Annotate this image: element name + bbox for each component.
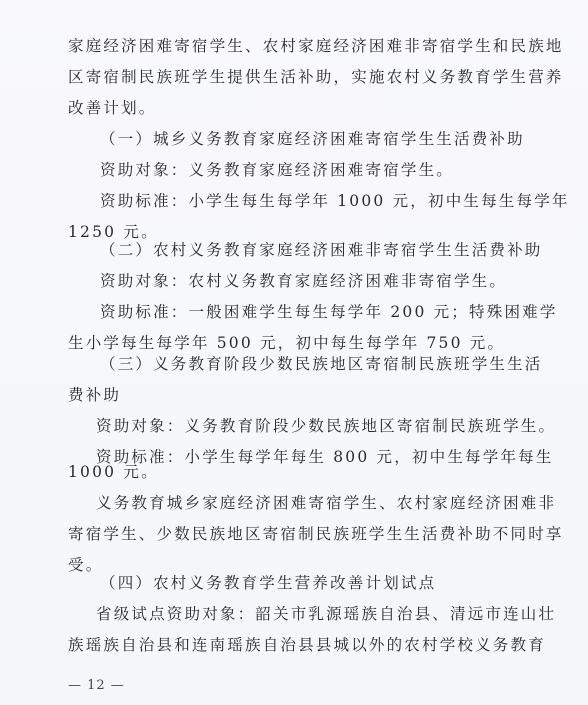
paragraph-line: 1250 元。: [68, 222, 159, 242]
paragraph-line: 区寄宿制民族班学生提供生活补助，实施农村义务教育学生营养: [68, 67, 564, 87]
section-heading-4: （四）农村义务教育学生营养改善计划试点: [100, 573, 436, 593]
paragraph-line: 族瑶族自治县和连南瑶族自治县县城以外的农村学校义务教育: [68, 635, 546, 655]
paragraph-line: 资助标准：小学生每生每学年 1000 元，初中生每生每学年: [100, 191, 570, 211]
document-page: 家庭经济困难寄宿学生、农村家庭经济困难非寄宿学生和民族地 区寄宿制民族班学生提供…: [0, 0, 588, 705]
paragraph-line: 改善计划。: [68, 98, 157, 118]
paragraph-line: 受。: [68, 555, 103, 575]
paragraph-line: 生小学每生每学年 500 元，初中每生每学年 750 元。: [68, 333, 505, 353]
paragraph-line: 资助对象：义务教育阶段少数民族地区寄宿制民族班学生。: [96, 416, 556, 436]
paragraph-line: 资助对象：义务教育家庭经济困难寄宿学生。: [100, 160, 454, 180]
paragraph-line: 义务教育城乡家庭经济困难寄宿学生、农村家庭经济困难非: [96, 493, 556, 513]
section-heading-3: （三）义务教育阶段少数民族地区寄宿制民族班学生生活: [100, 354, 543, 374]
paragraph-line: 省级试点资助对象：韶关市乳源瑶族自治县、清远市连山壮: [96, 604, 556, 624]
section-heading-1: （一）城乡义务教育家庭经济困难寄宿学生生活费补助: [100, 129, 525, 149]
paragraph-line: 资助标准：一般困难学生每生每学年 200 元；特殊困难学: [100, 302, 558, 322]
paragraph-line: 资助对象：农村义务教育家庭经济困难非寄宿学生。: [100, 271, 507, 291]
section-heading-2: （二）农村义务教育家庭经济困难非寄宿学生生活费补助: [100, 240, 543, 260]
page-number: — 12 —: [68, 678, 125, 693]
paragraph-line: 家庭经济困难寄宿学生、农村家庭经济困难非寄宿学生和民族地: [68, 36, 564, 56]
paragraph-line: 寄宿学生、少数民族地区寄宿制民族班学生生活费补助不同时享: [68, 524, 564, 544]
paragraph-line: 1000 元。: [68, 462, 159, 482]
paragraph-line: 费补助: [68, 385, 121, 405]
paragraph-line: 资助标准：小学生每学年每生 800 元，初中生每学年每生: [96, 447, 554, 467]
